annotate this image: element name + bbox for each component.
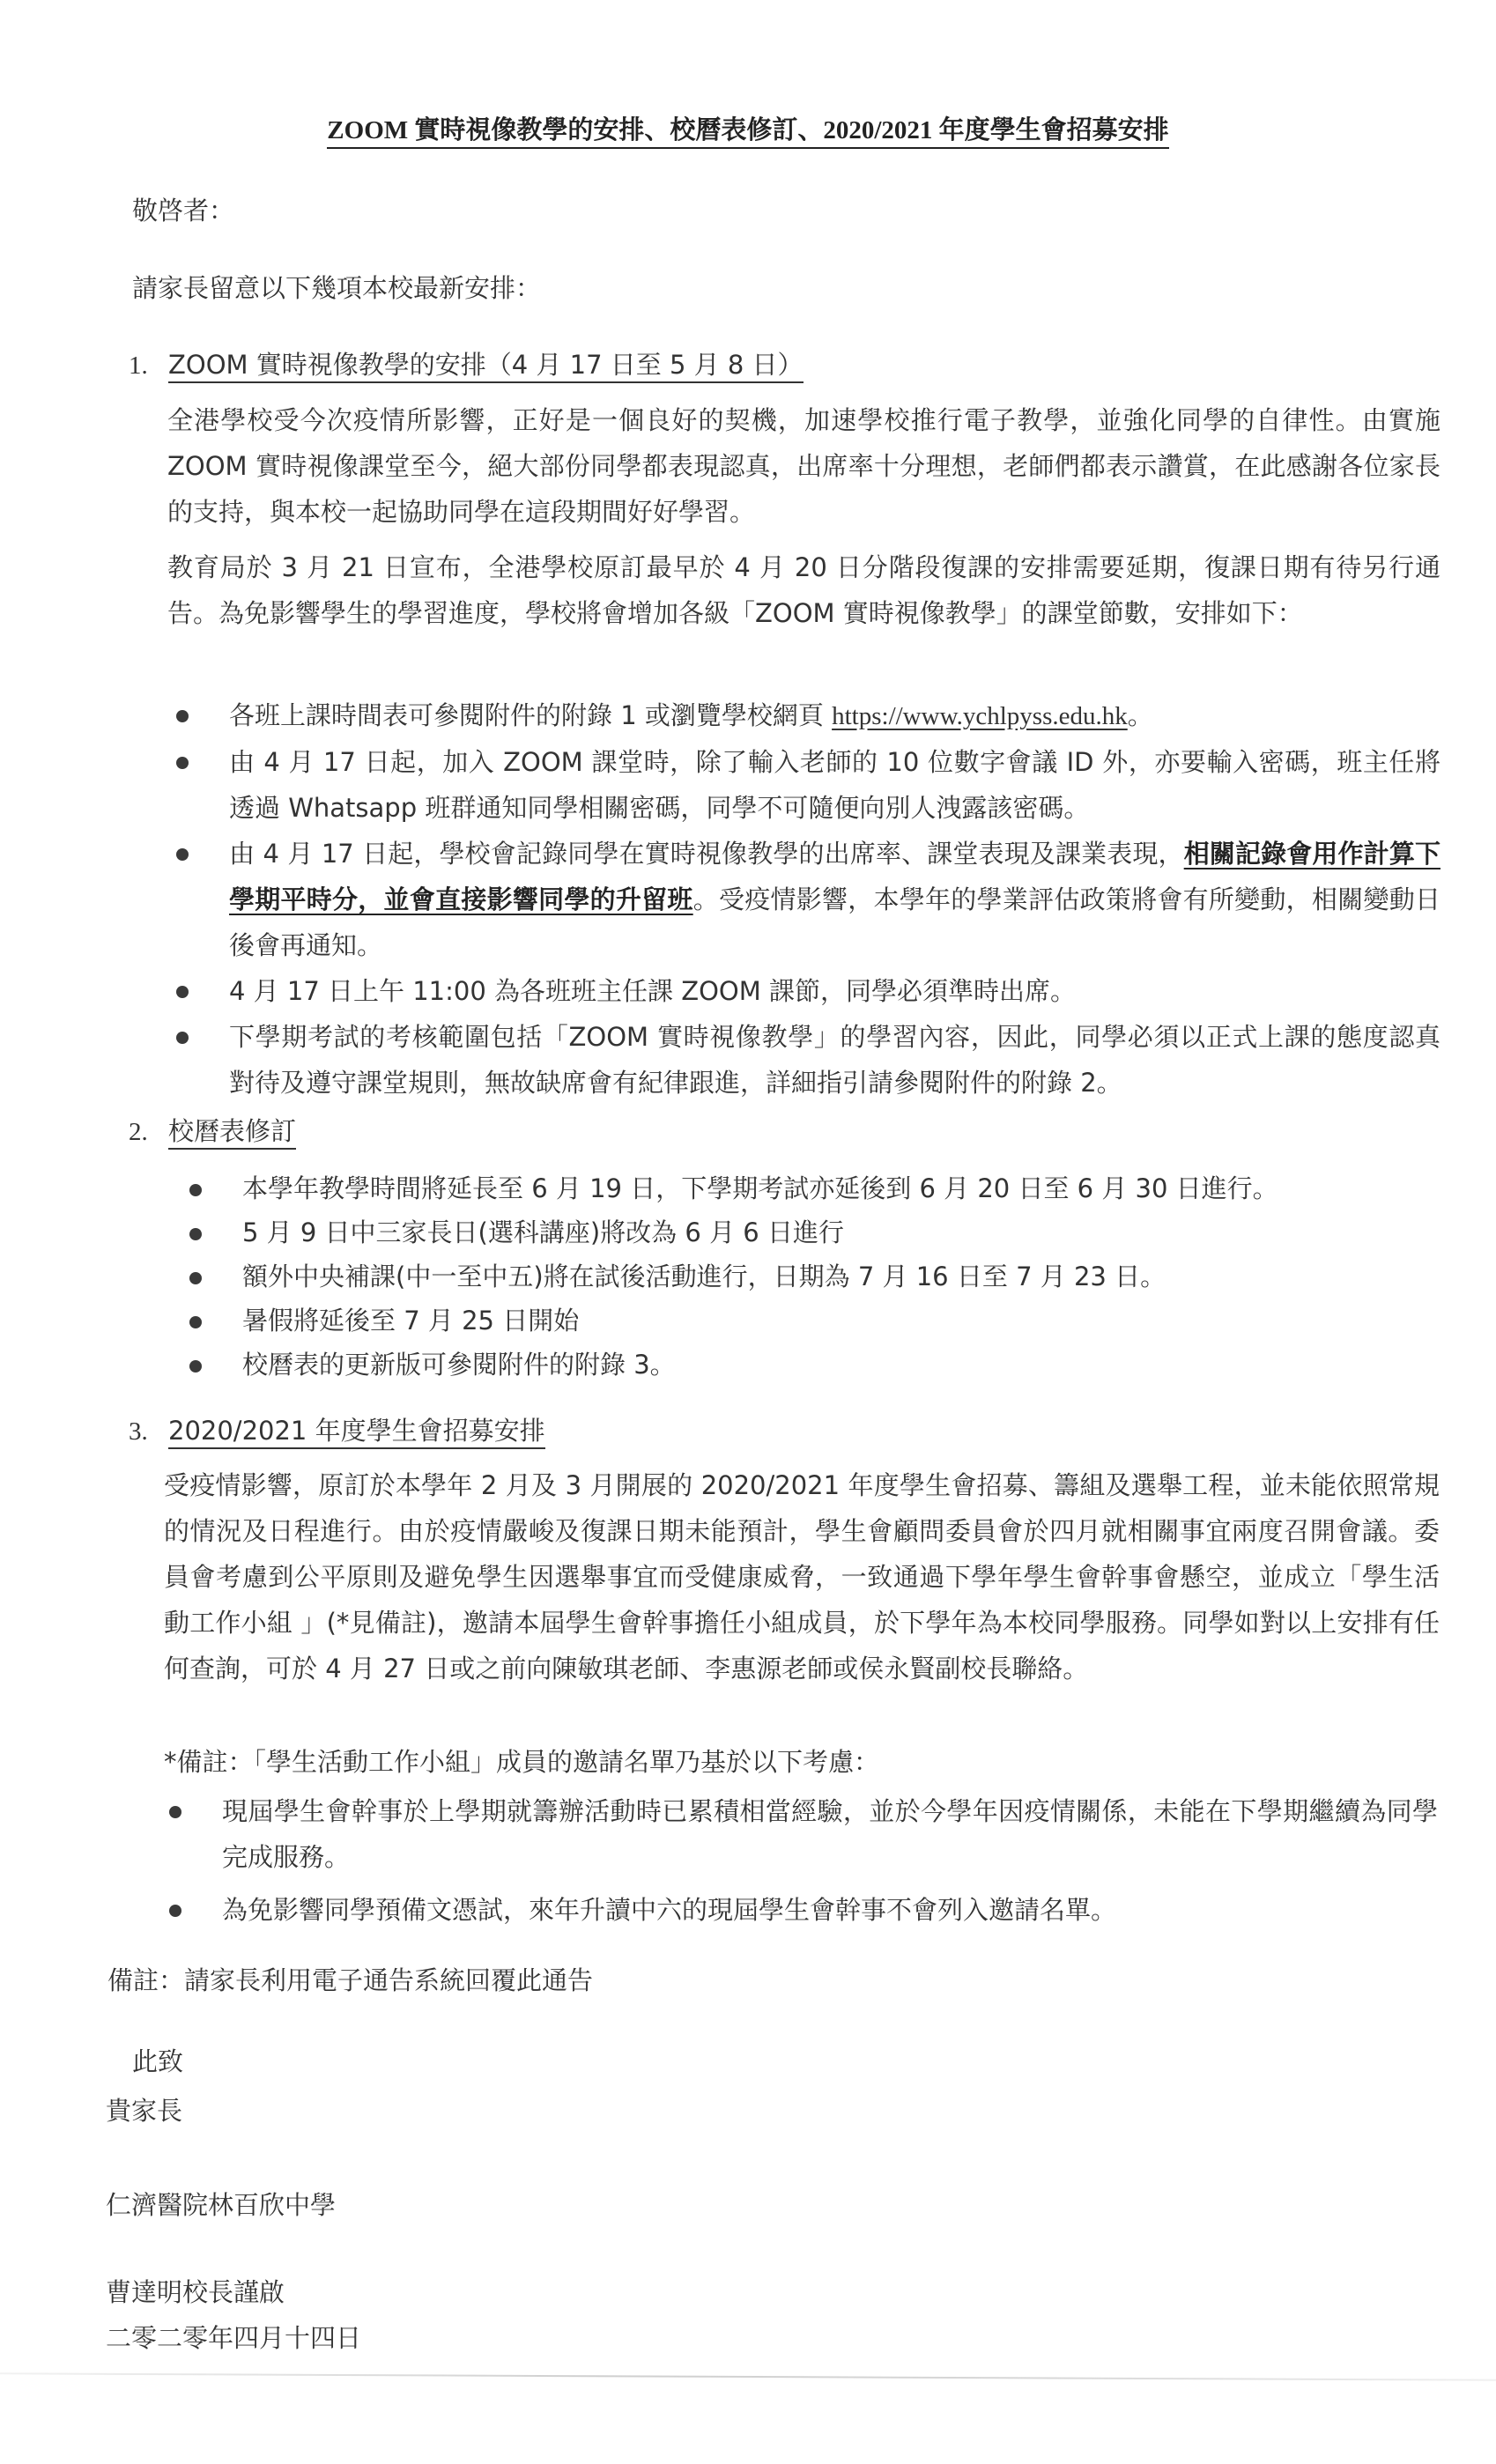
section-2-bullet-list: 本學年教學時間將延長至 6 月 19 日，下學期考試亦延後到 6 月 20 日至… [242,1166,1440,1387]
section-title: 2020/2021 年度學生會招募安排 [168,1416,545,1449]
bullet-icon [169,1905,181,1917]
list-item: 暑假將延後至 7 月 25 日開始 [242,1299,1440,1343]
list-item: 由 4 月 17 日起，學校會記錄同學在實時視像教學的出席率、課堂表現及課業表現… [229,831,1440,968]
closing-recipient: 貴家長 [106,2093,182,2128]
list-item: 現屆學生會幹事於上學期就籌辦活動時已累積相當經驗，並於今學年因疫情關係，未能在下… [222,1788,1438,1880]
notice-page: ZOOM 實時視像教學的安排、校曆表修訂、2020/2021 年度學生會招募安排… [0,0,1496,2464]
section-number: 2. [129,1114,168,1150]
signatory: 曹達明校長謹啟 [106,2275,285,2310]
document-title: ZOOM 實時視像教學的安排、校曆表修訂、2020/2021 年度學生會招募安排 [0,110,1496,146]
reply-remark: 備註：請家長利用電子通告系統回覆此通告 [107,1963,593,1998]
school-name: 仁濟醫院林百欣中學 [106,2187,336,2223]
issue-date: 二零二零年四月十四日 [106,2320,361,2356]
section-number: 1. [129,348,168,383]
list-item: 額外中央補課(中一至中五)將在試後活動進行，日期為 7 月 16 日至 7 月 … [242,1254,1440,1299]
list-item: 各班上課時間表可參閱附件的附錄 1 或瀏覽學校網頁 https://www.yc… [229,692,1440,739]
intro-text: 請家長留意以下幾項本校最新安排： [132,270,541,306]
note-heading: *備註：「學生活動工作小組」成員的邀請名單乃基於以下考慮： [164,1744,879,1780]
bullet-icon [189,1272,202,1284]
list-item: 5 月 9 日中三家長日(選科講座)將改為 6 月 6 日進行 [242,1210,1440,1254]
section-title: 校曆表修訂 [168,1116,296,1150]
section-1-paragraph-2: 教育局於 3 月 21 日宣布，全港學校原訂最早於 4 月 20 日分階段復課的… [167,544,1440,636]
section-2-heading: 2.校曆表修訂 [129,1114,296,1150]
bullet-icon [189,1360,202,1373]
bullet-icon [176,757,189,769]
section-title: ZOOM 實時視像教學的安排（4 月 17 日至 5 月 8 日） [168,350,804,383]
list-item: 4 月 17 日上午 11:00 為各班班主任課 ZOOM 課節，同學必須準時出… [229,968,1440,1014]
section-3-paragraph: 受疫情影響，原訂於本學年 2 月及 3 月開展的 2020/2021 年度學生會… [164,1462,1440,1691]
section-number: 3. [129,1414,168,1449]
section-3-heading: 3.2020/2021 年度學生會招募安排 [129,1413,545,1449]
list-item: 為免影響同學預備文憑試，來年升讀中六的現屆學生會幹事不會列入邀請名單。 [222,1887,1438,1933]
list-item: 校曆表的更新版可參閱附件的附錄 3。 [242,1343,1440,1387]
salutation: 敬啓者： [132,193,234,228]
bullet-icon [169,1806,181,1818]
section-3-note-list: 現屆學生會幹事於上學期就籌辦活動時已累積相當經驗，並於今學年因疫情關係，未能在下… [222,1788,1438,1933]
list-item: 本學年教學時間將延長至 6 月 19 日，下學期考試亦延後到 6 月 20 日至… [242,1166,1440,1210]
list-item: 下學期考試的考核範圍包括「ZOOM 實時視像教學」的學習內容，因此，同學必須以正… [229,1014,1440,1106]
bullet-icon [176,1032,189,1044]
section-1-paragraph-1: 全港學校受今次疫情所影響，正好是一個良好的契機，加速學校推行電子教學，並強化同學… [167,397,1440,535]
section-1-bullet-list: 各班上課時間表可參閱附件的附錄 1 或瀏覽學校網頁 https://www.yc… [229,692,1440,1106]
scan-edge-divider [0,2372,1496,2380]
bullet-icon [189,1228,202,1240]
bullet-icon [176,986,189,998]
bullet-icon [189,1316,202,1328]
section-1-heading: 1.ZOOM 實時視像教學的安排（4 月 17 日至 5 月 8 日） [129,347,804,383]
bullet-icon [176,848,189,861]
list-item: 由 4 月 17 日起，加入 ZOOM 課堂時，除了輸入老師的 10 位數字會議… [229,739,1440,831]
bullet-icon [189,1184,202,1196]
closing-regards: 此致 [132,2044,183,2079]
school-website-link[interactable]: https://www.ychlpyss.edu.hk [832,702,1128,730]
bullet-icon [176,710,189,722]
